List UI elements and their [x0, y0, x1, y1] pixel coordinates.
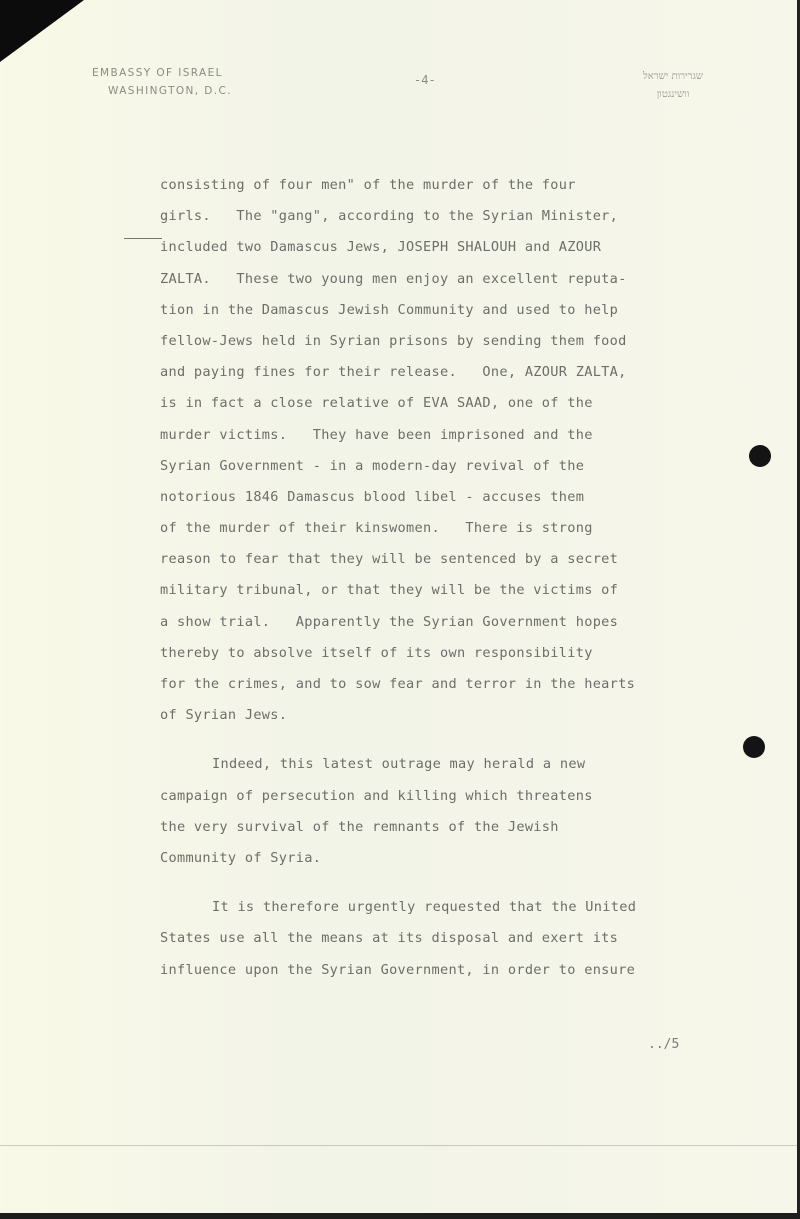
text-line: ZALTA. These two young men enjoy an exce… — [160, 264, 740, 295]
folded-corner — [0, 0, 84, 62]
text-line: States use all the means at its disposal… — [160, 923, 740, 954]
hebrew-letterhead-line2: וושינגטון — [608, 86, 738, 104]
text-line: a show trial. Apparently the Syrian Gove… — [160, 607, 740, 638]
fold-line — [0, 1145, 797, 1146]
continuation-marker: ../5 — [648, 1037, 679, 1052]
text-line: of Syrian Jews. — [160, 700, 740, 731]
text-line: the very survival of the remnants of the… — [160, 812, 740, 843]
text-line: Indeed, this latest outrage may herald a… — [160, 749, 740, 780]
text-line: for the crimes, and to sow fear and terr… — [160, 669, 740, 700]
text-line: influence upon the Syrian Government, in… — [160, 955, 740, 986]
text-line: reason to fear that they will be sentenc… — [160, 544, 740, 575]
text-line: of the murder of their kinswomen. There … — [160, 513, 740, 544]
hebrew-letterhead: שגרירות ישראל וושינגטון — [608, 68, 738, 104]
text-line: notorious 1846 Damascus blood libel - ac… — [160, 482, 740, 513]
text-line: Community of Syria. — [160, 843, 740, 874]
letterhead: EMBASSY OF ISRAEL WASHINGTON, D.C. — [92, 64, 232, 100]
punch-hole-icon — [749, 445, 771, 467]
text-line: included two Damascus Jews, JOSEPH SHALO… — [160, 232, 740, 263]
text-line: campaign of persecution and killing whic… — [160, 781, 740, 812]
text-line: military tribunal, or that they will be … — [160, 575, 740, 606]
paragraph: consisting of four men" of the murder of… — [160, 170, 740, 731]
paragraph: It is therefore urgently requested that … — [160, 892, 740, 986]
paragraph: Indeed, this latest outrage may herald a… — [160, 749, 740, 874]
text-line: is in fact a close relative of EVA SAAD,… — [160, 388, 740, 419]
text-line: consisting of four men" of the murder of… — [160, 170, 740, 201]
text-line: thereby to absolve itself of its own res… — [160, 638, 740, 669]
text-line: fellow-Jews held in Syrian prisons by se… — [160, 326, 740, 357]
letter-body: consisting of four men" of the murder of… — [160, 170, 740, 986]
document-page: EMBASSY OF ISRAEL WASHINGTON, D.C. -4- ש… — [0, 0, 797, 1213]
punch-hole-icon — [743, 736, 765, 758]
text-line: girls. The "gang", according to the Syri… — [160, 201, 740, 232]
text-line: and paying fines for their release. One,… — [160, 357, 740, 388]
letterhead-embassy: EMBASSY OF ISRAEL — [92, 64, 232, 82]
letterhead-city: WASHINGTON, D.C. — [92, 82, 232, 100]
hebrew-letterhead-line1: שגרירות ישראל — [608, 68, 738, 86]
text-line: It is therefore urgently requested that … — [160, 892, 740, 923]
text-line: Syrian Government - in a modern-day revi… — [160, 451, 740, 482]
text-line: murder victims. They have been imprisone… — [160, 420, 740, 451]
margin-mark — [124, 238, 162, 239]
scan-edge-bottom — [0, 1213, 800, 1219]
text-line: tion in the Damascus Jewish Community an… — [160, 295, 740, 326]
page-number: -4- — [414, 73, 436, 87]
